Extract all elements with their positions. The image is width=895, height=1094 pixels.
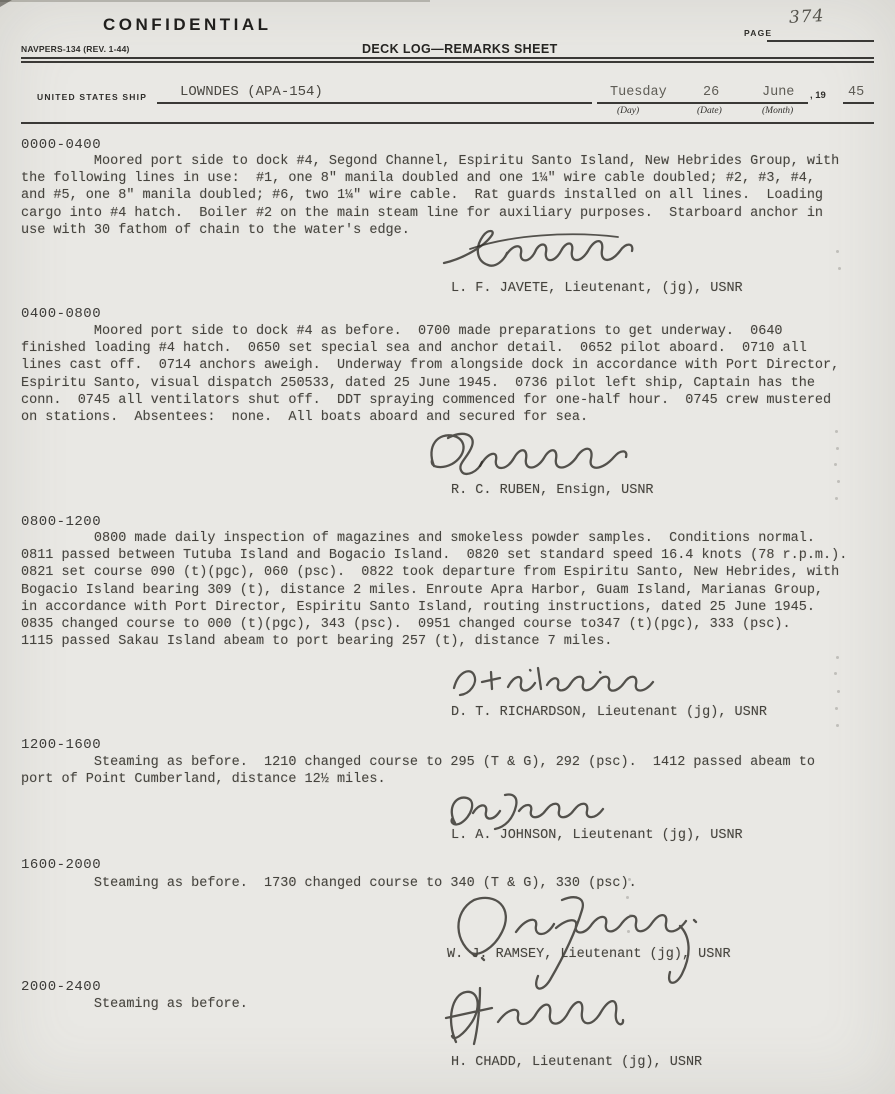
year-underline <box>843 102 874 104</box>
entry-remarks: 0800 made daily inspection of magazines … <box>21 530 883 650</box>
scan-speck <box>836 724 839 727</box>
scan-speck <box>834 672 837 675</box>
scan-speck <box>629 914 632 917</box>
classification-stamp: CONFIDENTIAL <box>103 15 272 35</box>
entry-remarks: Moored port side to dock #4, Segond Chan… <box>21 153 883 239</box>
page-label: PAGE <box>744 28 772 38</box>
officer-name: L. F. JAVETE, Lieutenant, (jg), USNR <box>451 281 743 296</box>
deck-log-remarks-sheet: CONFIDENTIAL PAGE 374 NAVPERS-134 (REV. … <box>0 0 895 1094</box>
header-double-rule-bottom <box>21 61 874 63</box>
month-label: (Month) <box>762 106 793 116</box>
scan-corner-artifact <box>0 0 12 7</box>
header-double-rule-top <box>21 57 874 59</box>
scan-speck <box>836 656 839 659</box>
officer-name: R. C. RUBEN, Ensign, USNR <box>451 483 654 498</box>
scan-speck <box>837 480 840 483</box>
entry-period: 2000-2400 <box>21 979 101 995</box>
signature-ruben-script <box>418 430 633 480</box>
scan-speck <box>836 447 839 450</box>
scan-speck <box>835 430 838 433</box>
header-bottom-rule <box>21 122 874 124</box>
scan-speck <box>837 690 840 693</box>
officer-name: D. T. RICHARDSON, Lieutenant (jg), USNR <box>451 705 767 720</box>
entry-remarks: Steaming as before. 1730 changed course … <box>21 875 883 892</box>
scan-speck <box>836 250 839 253</box>
scan-speck <box>627 930 630 933</box>
scan-speck <box>626 896 629 899</box>
entry-period: 1200-1600 <box>21 737 101 753</box>
entry-period: 0800-1200 <box>21 514 101 530</box>
page-number-underline <box>767 40 874 42</box>
scan-speck <box>835 707 838 710</box>
signature-johnson-script <box>443 791 618 829</box>
scan-speck <box>838 267 841 270</box>
date-underline <box>597 102 808 104</box>
officer-name: W. J. RAMSEY, Lieutenant (jg), USNR <box>447 947 731 962</box>
page-number-handwritten: 374 <box>789 6 825 28</box>
form-number: NAVPERS-134 (REV. 1-44) <box>21 44 130 54</box>
ship-label: UNITED STATES SHIP <box>37 92 147 102</box>
entry-remarks: Moored port side to dock #4 as before. 0… <box>21 323 883 426</box>
day-label: (Date) <box>697 106 722 116</box>
date-day: 26 <box>703 85 719 100</box>
ship-name: LOWNDES (APA-154) <box>180 84 323 100</box>
entry-remarks: Steaming as before. 1210 changed course … <box>21 754 883 788</box>
signature-chadd-script <box>440 984 625 1056</box>
date-weekday: Tuesday <box>610 85 667 100</box>
officer-name: H. CHADD, Lieutenant (jg), USNR <box>451 1055 702 1070</box>
date-year: 45 <box>848 85 864 100</box>
signature-javete-script <box>440 229 640 275</box>
entry-period: 0000-0400 <box>21 137 101 153</box>
signature-richardson-script <box>448 662 663 702</box>
signature-ramsey-script <box>438 892 708 997</box>
entry-period: 1600-2000 <box>21 857 101 873</box>
scan-speck <box>834 463 837 466</box>
officer-name: L. A. JOHNSON, Lieutenant (jg), USNR <box>451 828 743 843</box>
scan-speck <box>628 878 631 881</box>
entry-period: 0400-0800 <box>21 306 101 322</box>
document-title: DECK LOG—REMARKS SHEET <box>362 42 558 56</box>
scan-speck <box>835 497 838 500</box>
ship-name-underline <box>157 102 592 104</box>
date-month: June <box>762 85 794 100</box>
year-prefix: , 19 <box>810 90 826 101</box>
scan-edge-artifact <box>0 0 430 2</box>
weekday-label: (Day) <box>617 106 639 116</box>
